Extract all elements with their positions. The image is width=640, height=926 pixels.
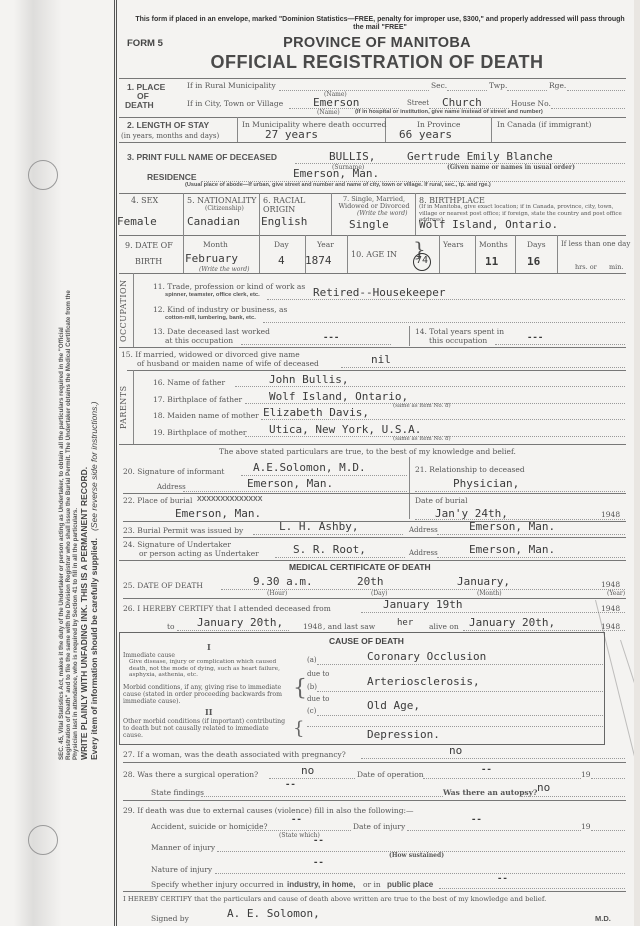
year-caption: (Year) [607,590,625,597]
sex-value: Female [117,215,157,228]
age-months-label: Months [479,240,508,249]
q13-label: 13. Date deceased last worked [153,327,270,336]
s2-sub: (in years, months and days) [121,132,219,140]
s1-rge-label: Rge. [549,81,566,90]
q27-label: 27. If a woman, was the death associated… [123,750,346,759]
q18-label: 18. Maiden name of mother [153,411,259,420]
age-days-label: Days [527,240,546,249]
manner-value: -- [313,836,324,846]
residence-note: (Usual place of abode—If urban, give str… [185,182,491,188]
q21-label: 21. Relationship to deceased [415,465,525,474]
form-title: OFFICIAL REGISTRATION OF DEATH [117,52,637,73]
other-conditions-desc: Other morbid conditions (if important) c… [123,718,289,739]
death-day-value: 20th [357,575,384,588]
residence-label: RESIDENCE [147,172,197,182]
burial-permit-address: Emerson, Man. [469,520,555,533]
s2-province-value: 66 years [399,128,452,141]
age-label: 10. AGE IN [351,250,397,259]
q12-label: 12. Kind of industry or business, as [153,305,287,314]
dob-label-b: BIRTH [135,257,162,266]
dob-month-value: February [185,252,238,265]
informant-address-label: Address [157,483,186,491]
mail-notice: This form if placed in an envelope, mark… [135,16,625,32]
nature-label: Nature of injury [151,865,212,874]
dob-month-label: Month [203,240,228,249]
dob-day-label: Day [274,240,289,249]
q23-address-label: Address [409,526,438,534]
day-caption: (Day) [371,590,387,597]
injury-year-prefix: 19 [581,822,591,831]
attended-from-year: 1948 [601,604,620,613]
physician-signature: A. E. Solomon, [227,907,320,920]
operation-year-prefix: 19 [581,770,591,779]
relationship-value: Physician, [453,477,519,490]
age-months-value: 11 [485,255,498,268]
occupation-side-label: OCCUPATION [119,280,128,342]
s1-street-label: Street [407,99,429,107]
manner-label: Manner of injury [151,843,215,852]
age-years-label: Years [443,240,464,249]
cause-title: CAUSE OF DEATH [329,636,404,646]
burial-place-value: Emerson, Man. [175,507,261,520]
residence-value: Emerson, Man. [293,167,379,180]
autopsy-value: no [537,781,550,794]
q28-label: 28. Was there a surgical operation? [123,770,258,779]
marital-label: 7. Single, Married, Widowed or Divorced [335,196,413,210]
operation-date-value: -- [481,765,492,775]
min-label: min. [609,263,624,271]
nature-value: -- [313,858,324,868]
nationality-value: Canadian [187,215,240,228]
dob-label-a: 9. DATE OF [125,241,173,250]
page-edge [634,0,640,926]
attended-to-value: January 20th, [197,616,283,629]
dob-year-label: Year [317,240,334,249]
accident-value: -- [291,815,302,825]
attended-from-value: January 19th [383,598,462,611]
s2-label: 2. LENGTH OF STAY [127,120,209,130]
q16-label: 16. Name of father [153,378,225,387]
province-title: PROVINCE OF MANITOBA [117,35,637,51]
specify-label-d: public place [387,880,433,889]
pronoun-value: her [397,618,413,628]
mother-maiden-name-value: Elizabeth Davis, [263,406,369,419]
marital-value: Single [349,218,389,231]
q15-value: nil [371,353,391,366]
part-i: I [207,642,211,652]
parents-side-label: PARENTS [119,376,128,438]
attestation-text: The above stated particulars are true, t… [219,447,516,456]
sex-label: 4. SEX [131,196,158,205]
q24-address-label: Address [409,549,438,557]
injury-place-value: -- [497,874,508,884]
q14-sub: this occupation [429,336,487,345]
q24-label: 24. Signature of Undertaker [123,540,231,549]
hour-caption: (Hour) [267,590,287,597]
death-registration-form: This form if placed in an envelope, mark… [114,0,634,926]
last-saw-label: , and last saw [323,622,375,631]
pregnancy-value: no [449,744,462,757]
operation-date-label: Date of operation [357,770,424,779]
findings-value: -- [285,780,296,790]
surgical-operation-value: no [301,764,314,777]
q14-value: --- [527,333,543,343]
birthplace-value: Wolf Island, Ontario. [419,218,558,231]
deceased-surname: BULLIS, [329,150,375,163]
margin-write-plainly: WRITE PLAINLY WITH UNFADING INK. THIS IS… [79,290,89,760]
s1-city-label: If in City, Town or Village [187,99,283,108]
cause-a-value: Coronary Occlusion [367,650,486,663]
margin-sec-45: SEC. 45, Vital Statistics Act, makes it … [58,290,79,760]
q11-sub: spinner, teamster, office clerk, etc. [165,292,260,298]
cause-c-value: Old Age, [367,699,420,712]
final-certification: I HEREBY CERTIFY that the particulars an… [123,895,546,903]
q23-label: 23. Burial Permit was issued by [123,526,243,535]
cause-b-value: Arteriosclerosis, [367,675,480,688]
margin-every-item: Every item of information should be care… [89,538,99,760]
cause-c-label: (c) [307,707,316,715]
injury-date-label: Date of injury [353,822,405,831]
q14-label: 14. Total years spent in [415,327,504,336]
s2-canada-label: In Canada (if immigrant) [497,120,591,129]
immediate-cause-desc: Give disease, injury or complication whi… [129,659,289,679]
punch-hole [28,825,58,855]
burial-date-label: Date of burial [415,496,467,505]
s3-label: 3. PRINT FULL NAME OF DECEASED [127,152,277,162]
q20-label: 20. Signature of informant [123,467,224,476]
page-edge-shadow [14,0,62,926]
q13-value: --- [323,333,339,343]
cause-a-label: (a) [307,656,317,664]
immediate-cause-label: Immediate cause [123,652,175,659]
s1-twp-label: Twp. [489,81,507,90]
alive-on-label: alive on [429,622,459,631]
mother-birthplace-value: Utica, New York, U.S.A. [269,423,421,436]
q15-label-2: of husband or maiden name of wife of dec… [137,359,319,368]
informant-signature: A.E.Solomon, M.D. [253,461,366,474]
q11-label: 11. Trade, profession or kind of work as [153,282,305,291]
findings-label: State findings [151,788,204,797]
dob-day-value: 4 [278,254,285,267]
specify-label-a: Specify whether injury occurred in [151,880,284,889]
other-conditions-value: Depression. [367,728,440,741]
q15-label: 15. If married, widowed or divorced give… [121,350,300,359]
specify-label-c: or in [363,880,381,889]
father-name-value: John Bullis, [269,373,348,386]
burial-year: 1948 [601,510,620,519]
month-caption: (Month) [477,590,502,597]
morbid-conditions-desc: Morbid conditions, if any, giving rise t… [123,684,289,705]
s1-name-caption-bottom: (Name) [317,109,340,116]
s1-hospital-note: (If in hospital or institution, give nam… [355,109,543,115]
nationality-label: 5. NATIONALITY [187,196,256,205]
signed-by-label: Signed by [151,914,189,923]
attended-to-year: 1948 [303,622,322,631]
due-to-1: due to [307,670,329,678]
dob-year-value: 1874 [305,254,332,267]
age-days-value: 16 [527,255,540,268]
q19-same-as-8: (same as item No. 8) [393,436,451,442]
md-suffix: M.D. [595,914,611,923]
specify-label-b: industry, in home, [287,880,355,889]
death-year-value: 1948 [601,580,620,589]
margin-see-reverse: (See reverse side for instructions.) [89,401,99,530]
q25-label: 25. DATE OF DEATH [123,581,203,590]
s1-label-c: DEATH [125,100,154,110]
q22-strikeout: XXXXXXXXXXXXXX [197,496,262,503]
s1-city-value: Emerson [313,96,359,109]
punch-hole [28,160,58,190]
s2-municipality-value: 27 years [265,128,318,141]
q26-label: 26. I HEREBY CERTIFY that I attended dec… [123,604,331,613]
how-sustained-caption: (How sustained) [389,852,444,859]
age-years-value: 74 [416,255,428,266]
q17-same-as-8: (same as item No. 8) [393,403,451,409]
cause-b-label: (b) [307,683,317,691]
medical-cert-title: MEDICAL CERTIFICATE OF DEATH [289,562,431,572]
q29-label: 29. If death was due to external causes … [123,806,414,815]
q13-sub: at this occupation [165,336,233,345]
s1-house-label: House No. [511,99,551,108]
burial-permit-issuer: L. H. Ashby, [279,520,358,533]
margin-instructions: SEC. 45, Vital Statistics Act, makes it … [58,290,116,760]
q11-value: Retired--Housekeeper [313,286,445,299]
q19-label: 19. Birthplace of mother [153,428,247,437]
to-label: to [167,622,175,631]
q12-sub: cotton-mill, lumbering, bank, etc. [165,315,256,321]
father-birthplace-value: Wolf Island, Ontario, [269,390,408,403]
q22-label: 22. Place of burial [123,496,192,505]
deceased-given-names: Gertrude Emily Blanche [407,150,553,163]
q24-label-b: or person acting as Undertaker [139,549,259,558]
part-ii: II [205,707,212,717]
given-caption: (Given name or names in usual order) [447,164,575,171]
nationality-sub: (Citizenship) [205,205,244,212]
undertaker-signature: S. R. Root, [293,543,366,556]
s1-rural-label: If in Rural Municipality [187,81,276,90]
due-to-2: due to [307,695,329,703]
undertaker-address: Emerson, Man. [469,543,555,556]
last-seen-alive-year: 1948 [601,622,620,631]
death-month-value: January, [457,575,510,588]
s1-street-value: Church [442,96,482,109]
dob-month-sub: (Write the word) [199,266,249,273]
informant-address-value: Emerson, Man. [247,477,333,490]
less-than-day-label: If less than one day [561,240,630,248]
death-hour-value: 9.30 a.m. [253,575,313,588]
injury-date-value: -- [471,815,482,825]
racial-origin-value: English [261,215,307,228]
marital-sub: (Write the word) [357,210,407,217]
racial-origin-label: 6. RACIAL ORIGIN [263,196,329,214]
q17-label: 17. Birthplace of father [153,395,242,404]
burial-date-value: Jan'y 24th, [435,507,508,520]
hrs-label: hrs. or [575,263,597,271]
s1-sec-label: Sec. [431,81,447,90]
last-seen-alive-value: January 20th, [469,616,555,629]
